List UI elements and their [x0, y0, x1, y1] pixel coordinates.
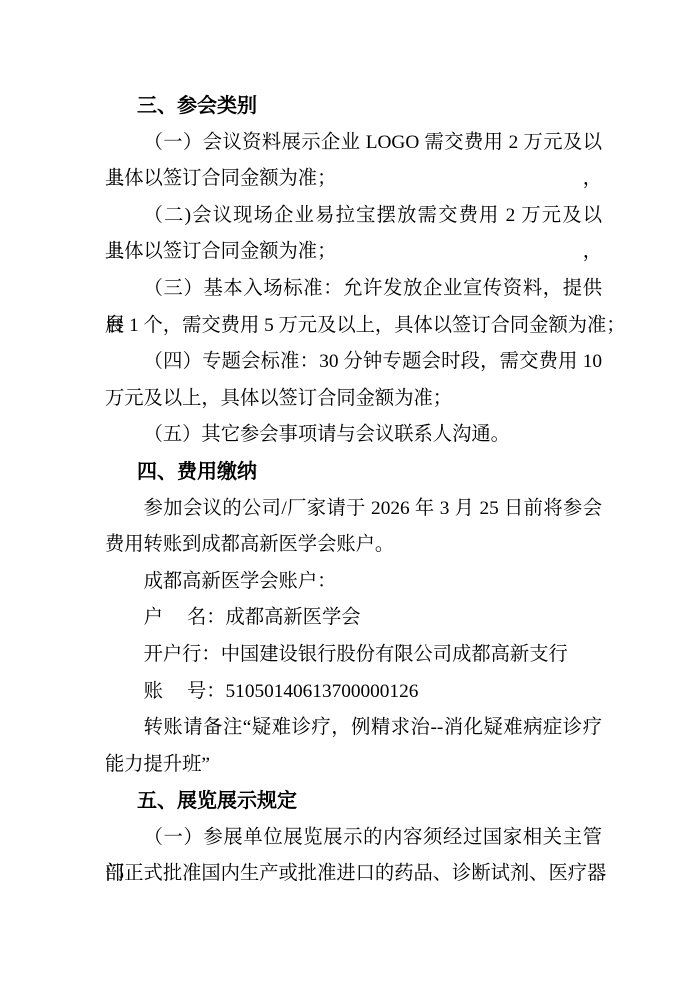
- doc-line: 费用转账到成都高新医学会账户。: [105, 527, 602, 564]
- doc-line: 万元及以上，具体以签订合同金额为准；: [105, 381, 602, 418]
- doc-line: （三）基本入场标准：允许发放企业宣传资料，提供展: [105, 271, 602, 308]
- doc-line-account-number: 账 号：51050140613700000126: [105, 674, 602, 711]
- document-content: 三、参会类别 （一）会议资料展示企业 LOGO 需交费用 2 万元及以上， 具体…: [105, 88, 602, 893]
- doc-line-transfer-note-cont: 能力提升班”: [105, 747, 602, 784]
- section-heading-participation-categories: 三、参会类别: [105, 88, 602, 125]
- doc-line: 参加会议的公司/厂家请于 2026 年 3 月 25 日前将参会: [105, 491, 602, 528]
- doc-line: （一）参展单位展览展示的内容须经过国家相关主管部: [105, 820, 602, 857]
- doc-line-account-header: 成都高新医学会账户：: [105, 564, 602, 601]
- doc-line-bank-name: 开户行：中国建设银行股份有限公司成都高新支行: [105, 637, 602, 674]
- doc-line: （四）专题会标准：30 分钟专题会时段，需交费用 10: [105, 344, 602, 381]
- doc-line: （五）其它参会事项请与会议联系人沟通。: [105, 417, 602, 454]
- doc-line: 台 1 个，需交费用 5 万元及以上，具体以签订合同金额为准；: [105, 308, 602, 345]
- section-heading-exhibition-rules: 五、展览展示规定: [105, 783, 602, 820]
- doc-line: （二)会议现场企业易拉宝摆放需交费用 2 万元及以上，: [105, 198, 602, 235]
- section-heading-fee-payment: 四、费用缴纳: [105, 454, 602, 491]
- doc-line: （一）会议资料展示企业 LOGO 需交费用 2 万元及以上，: [105, 125, 602, 162]
- doc-line-transfer-note: 转账请备注“疑难诊疗，例精求治--消化疑难病症诊疗: [105, 710, 602, 747]
- document-page: 三、参会类别 （一）会议资料展示企业 LOGO 需交费用 2 万元及以上， 具体…: [0, 0, 700, 989]
- doc-line-account-name: 户 名：成都高新医学会: [105, 600, 602, 637]
- doc-line: 门正式批准国内生产或批准进口的药品、诊断试剂、医疗器: [105, 856, 602, 893]
